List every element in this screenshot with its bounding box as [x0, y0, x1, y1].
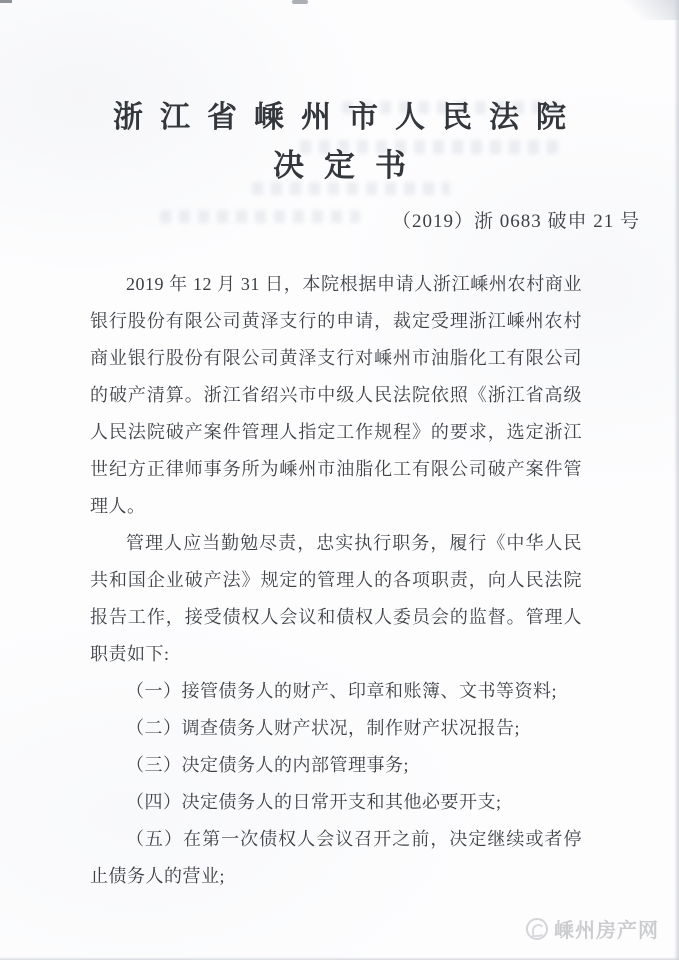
duty-item-3: （三）决定债务人的内部管理事务; [90, 747, 582, 784]
duty-item-1: （一）接管债务人的财产、印章和账簿、文书等资料; [90, 673, 582, 710]
scan-corner-artifact [615, 0, 679, 20]
document-type-heading: 决定书 [0, 140, 679, 185]
court-name-heading: 浙江省嵊州市人民法院 [0, 92, 679, 136]
document-body: 2019 年 12 月 31 日，本院根据申请人浙江嵊州农村商业银行股份有限公司… [90, 266, 582, 895]
ink-bleedthrough [160, 210, 360, 223]
scan-edge-artifact [0, 0, 12, 3]
duty-item-4: （四）决定债务人的日常开支和其他必要开支; [90, 784, 582, 821]
case-number: （2019）浙 0683 破申 21 号 [392, 206, 640, 233]
paragraph-duties-intro: 管理人应当勤勉尽责，忠实执行职务，履行《中华人民共和国企业破产法》规定的管理人的… [90, 525, 582, 673]
duty-item-2: （二）调查债务人财产状况，制作财产状况报告; [90, 710, 582, 747]
paragraph-ruling: 2019 年 12 月 31 日，本院根据申请人浙江嵊州农村商业银行股份有限公司… [90, 266, 582, 525]
watermark-site-name: 嵊州房产网 [554, 914, 659, 943]
duty-item-5: （五）在第一次债权人会议召开之前，决定继续或者停止债务人的营业; [90, 821, 582, 895]
scan-edge-artifact [292, 0, 308, 4]
round-logo-icon [526, 918, 548, 940]
scanned-court-document: 浙江省嵊州市人民法院 决定书 （2019）浙 0683 破申 21 号 2019… [0, 0, 679, 960]
site-watermark: 嵊州房产网 [526, 914, 659, 943]
